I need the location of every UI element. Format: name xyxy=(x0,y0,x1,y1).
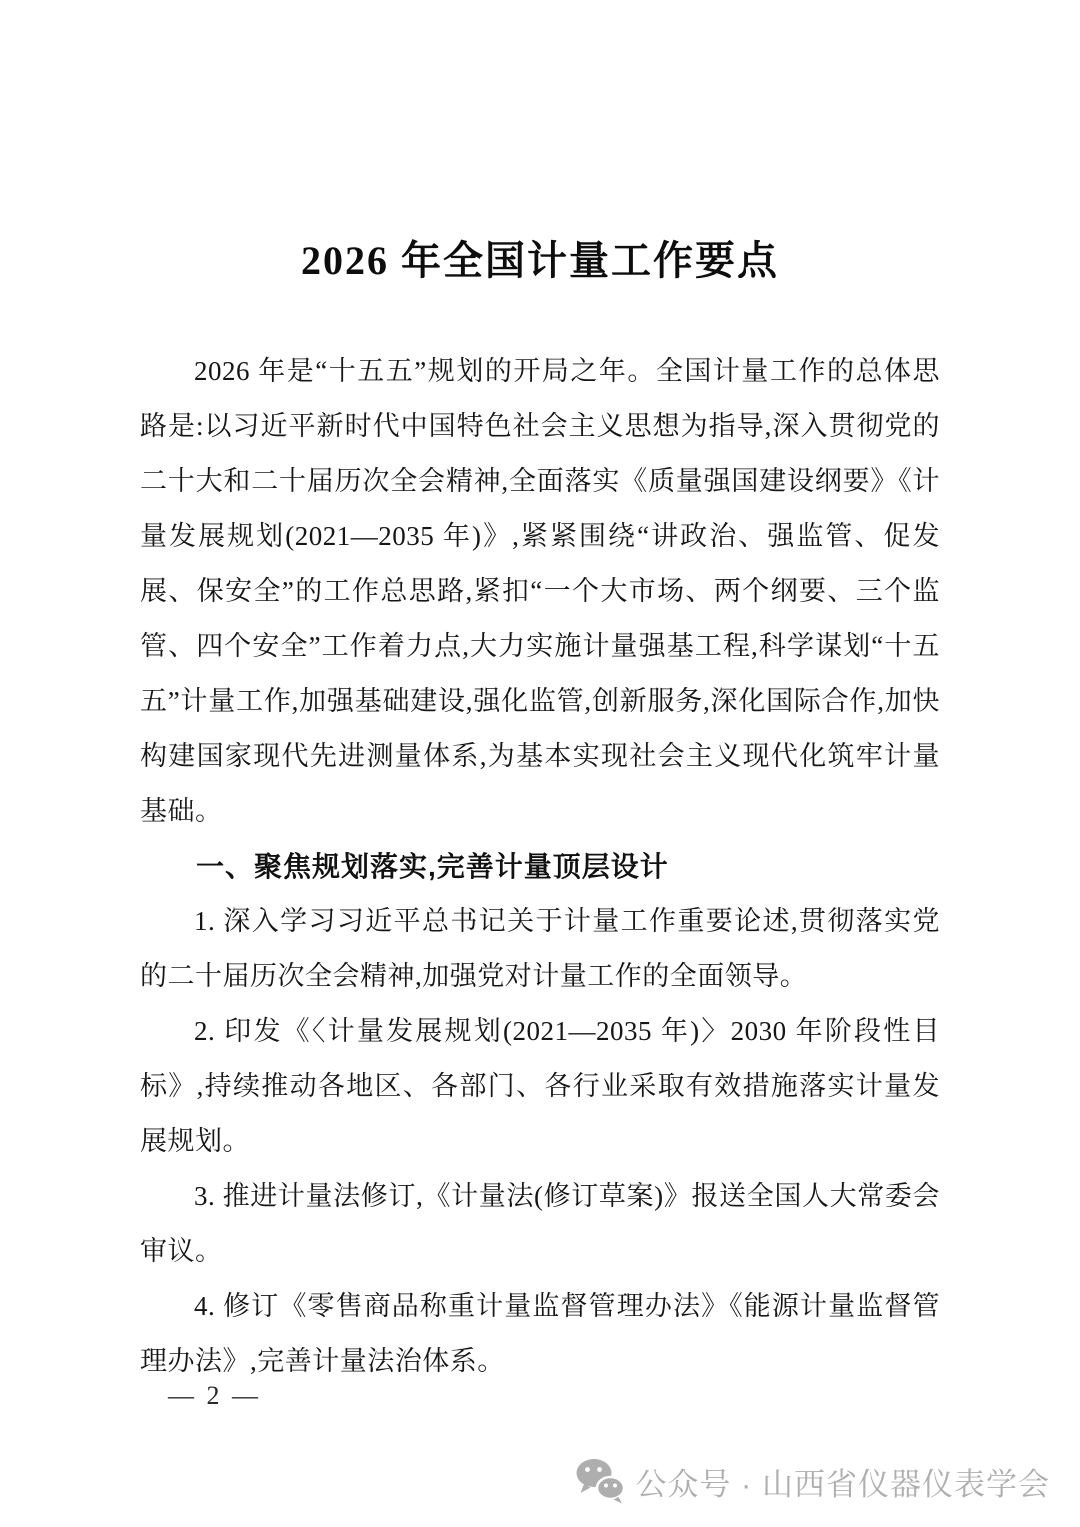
document-page: 2026 年全国计量工作要点 2026 年是“十五五”规划的开局之年。全国计量工… xyxy=(0,0,1080,1527)
item-paragraph-1: 1. 深入学习习近平总书记关于计量工作重要论述,贯彻落实党的二十届历次全会精神,… xyxy=(140,894,940,1004)
document-content: 2026 年全国计量工作要点 2026 年是“十五五”规划的开局之年。全国计量工… xyxy=(140,0,940,1389)
watermark-text: 公众号 · 山西省仪器仪表学会 xyxy=(635,1459,1050,1504)
wechat-icon xyxy=(575,1458,625,1504)
item-paragraph-2: 2. 印发《〈计量发展规划(2021—2035 年)〉2030 年阶段性目标》,… xyxy=(140,1004,940,1169)
section-heading: 一、聚焦规划落实,完善计量顶层设计 xyxy=(140,839,940,894)
watermark: 公众号 · 山西省仪器仪表学会 xyxy=(575,1458,1050,1504)
page-number: — 2 — xyxy=(168,1381,261,1411)
item-paragraph-3: 3. 推进计量法修订,《计量法(修订草案)》报送全国人大常委会审议。 xyxy=(140,1169,940,1279)
intro-paragraph: 2026 年是“十五五”规划的开局之年。全国计量工作的总体思路是:以习近平新时代… xyxy=(140,344,940,839)
item-paragraph-4: 4. 修订《零售商品称重计量监督管理办法》《能源计量监督管理办法》,完善计量法治… xyxy=(140,1279,940,1389)
page-title: 2026 年全国计量工作要点 xyxy=(140,238,940,284)
